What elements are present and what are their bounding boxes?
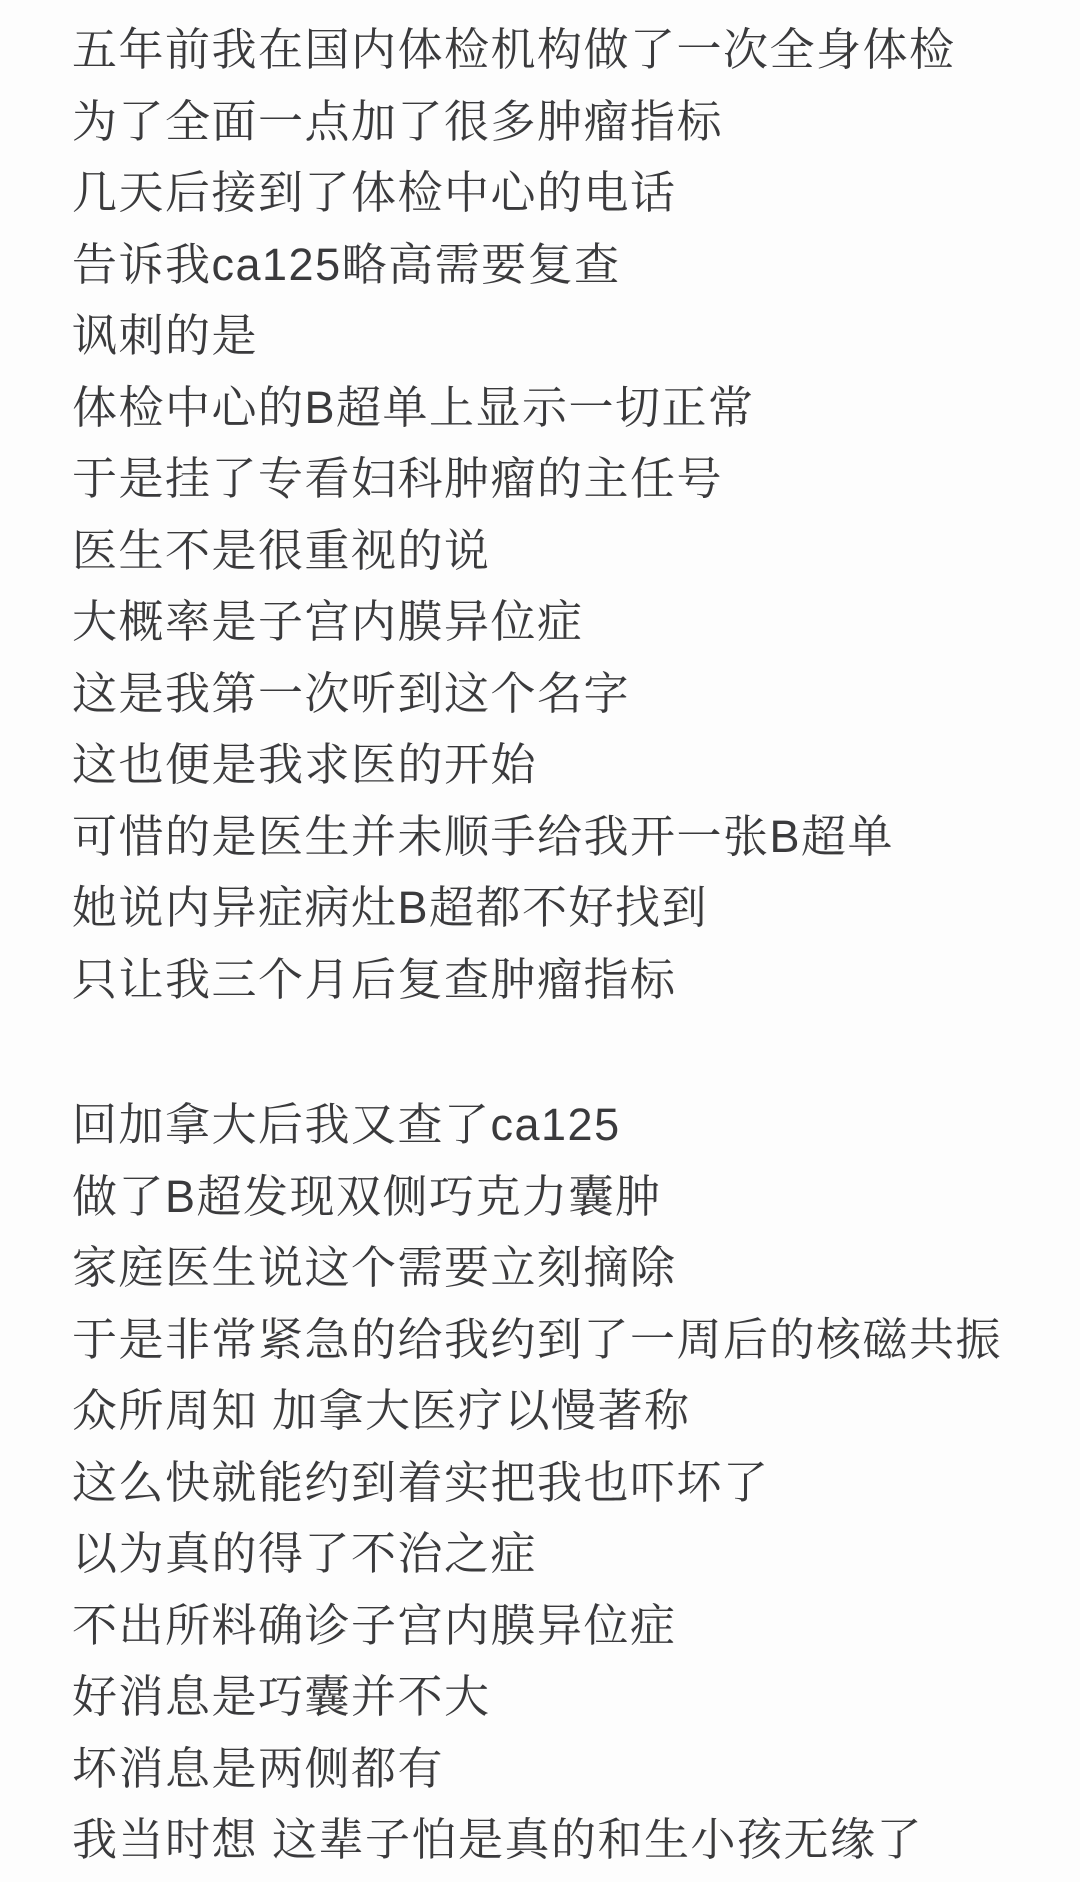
- text-line: 为了全面一点加了很多肿瘤指标: [72, 86, 1044, 158]
- paragraph-1: 五年前我在国内体检机构做了一次全身体检 为了全面一点加了很多肿瘤指标 几天后接到…: [72, 14, 1044, 1015]
- text-line: 我当时想 这辈子怕是真的和生小孩无缘了: [72, 1804, 1044, 1876]
- text-line: 这么快就能约到着实把我也吓坏了: [72, 1447, 1044, 1519]
- text-line: 回加拿大后我又查了ca125: [72, 1089, 1044, 1161]
- text-line: 可惜的是医生并未顺手给我开一张B超单: [72, 801, 1044, 873]
- text-line: 大概率是子宫内膜异位症: [72, 586, 1044, 658]
- paragraph-2: 回加拿大后我又查了ca125 做了B超发现双侧巧克力囊肿 家庭医生说这个需要立刻…: [72, 1089, 1044, 1876]
- text-line: 五年前我在国内体检机构做了一次全身体检: [72, 14, 1044, 86]
- text-line: 于是挂了专看妇科肿瘤的主任号: [72, 443, 1044, 515]
- text-line: 于是非常紧急的给我约到了一周后的核磁共振: [72, 1304, 1044, 1376]
- text-line: 只让我三个月后复查肿瘤指标: [72, 944, 1044, 1016]
- text-line: 做了B超发现双侧巧克力囊肿: [72, 1161, 1044, 1233]
- text-line: 不出所料确诊子宫内膜异位症: [72, 1590, 1044, 1662]
- text-line: 体检中心的B超单上显示一切正常: [72, 372, 1044, 444]
- text-line: 家庭医生说这个需要立刻摘除: [72, 1232, 1044, 1304]
- text-line: 告诉我ca125略高需要复查: [72, 229, 1044, 301]
- post-body: 五年前我在国内体检机构做了一次全身体检 为了全面一点加了很多肿瘤指标 几天后接到…: [0, 0, 1080, 1876]
- text-line: 这是我第一次听到这个名字: [72, 658, 1044, 730]
- text-line: 讽刺的是: [72, 300, 1044, 372]
- text-line: 她说内异症病灶B超都不好找到: [72, 872, 1044, 944]
- text-line: 医生不是很重视的说: [72, 515, 1044, 587]
- text-line: 几天后接到了体检中心的电话: [72, 157, 1044, 229]
- text-line: 这也便是我求医的开始: [72, 729, 1044, 801]
- text-line: 坏消息是两侧都有: [72, 1733, 1044, 1805]
- text-line: 众所周知 加拿大医疗以慢著称: [72, 1375, 1044, 1447]
- text-line: 好消息是巧囊并不大: [72, 1661, 1044, 1733]
- text-line: 以为真的得了不治之症: [72, 1518, 1044, 1590]
